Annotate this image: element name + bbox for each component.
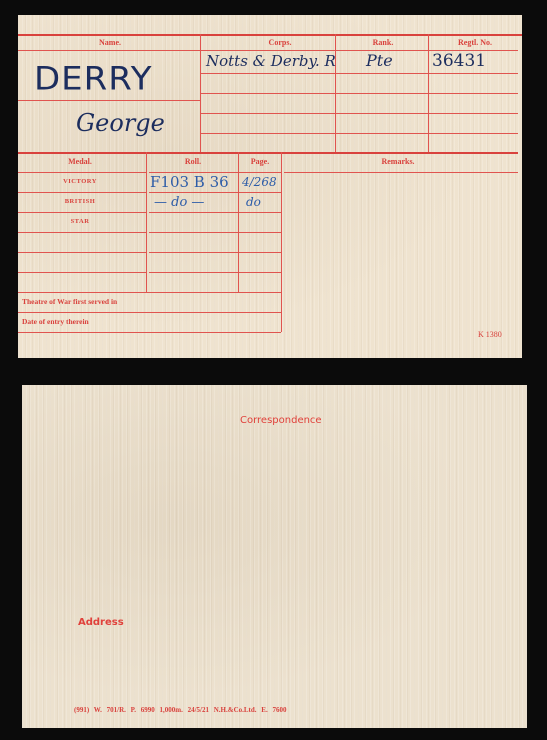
medal-british: British xyxy=(65,198,96,205)
rule xyxy=(149,212,281,213)
rule xyxy=(18,34,522,36)
rule xyxy=(18,172,146,173)
printer-imprint: (991) W. 701/R. P. 6990 1,000m. 24/5/21 … xyxy=(74,706,286,714)
rule xyxy=(149,232,281,233)
rule xyxy=(18,100,200,101)
rule xyxy=(281,152,282,332)
name-header: Name. xyxy=(99,38,121,47)
rule xyxy=(200,73,518,74)
rule xyxy=(149,252,281,253)
forename: George xyxy=(76,109,165,137)
regtl-no-header: Regtl. No. xyxy=(458,38,492,47)
rule xyxy=(18,152,518,154)
rule xyxy=(18,192,146,193)
medal-star: Star xyxy=(71,218,90,225)
page-victory: 4/268 xyxy=(242,175,277,189)
rule xyxy=(200,34,201,152)
rule xyxy=(200,113,518,114)
page-header: Page. xyxy=(251,157,269,166)
roll-header: Roll. xyxy=(185,157,201,166)
rank-value: Pte xyxy=(366,51,393,70)
page-british: do xyxy=(246,195,261,209)
rule xyxy=(18,50,200,51)
rule xyxy=(18,272,146,273)
rule xyxy=(18,292,281,293)
corps-value: Notts & Derby. R xyxy=(206,52,336,70)
rule xyxy=(18,332,281,333)
rule xyxy=(146,152,147,292)
rule xyxy=(18,312,281,313)
medal-victory: Victory xyxy=(63,178,97,185)
address-label: Address xyxy=(78,617,124,628)
rule xyxy=(18,232,146,233)
correspondence-label: Correspondence xyxy=(240,415,322,426)
rule xyxy=(149,192,281,193)
rule xyxy=(284,172,518,173)
rule xyxy=(18,212,146,213)
date-of-entry-label: Date of entry therein xyxy=(22,317,89,326)
theatre-of-war-label: Theatre of War first served in xyxy=(22,297,117,306)
medal-header: Medal. xyxy=(68,157,92,166)
surname: DERRY xyxy=(34,60,153,98)
rule xyxy=(238,152,239,292)
rank-header: Rank. xyxy=(373,38,394,47)
corps-header: Corps. xyxy=(269,38,292,47)
roll-victory: F103 B 36 xyxy=(150,173,229,191)
form-code: K 1380 xyxy=(478,330,502,339)
regtl-no-value: 36431 xyxy=(432,51,486,71)
rule xyxy=(18,252,146,253)
remarks-header: Remarks. xyxy=(381,157,414,166)
medal-card-front: Name. Corps. Rank. Regtl. No. DERRY Geor… xyxy=(18,15,522,358)
rule xyxy=(428,34,429,152)
rule xyxy=(149,272,281,273)
rule xyxy=(200,133,518,134)
roll-british: — do — xyxy=(154,195,204,210)
rule xyxy=(200,93,518,94)
medal-card-back: Correspondence Address (991) W. 701/R. P… xyxy=(22,385,527,728)
